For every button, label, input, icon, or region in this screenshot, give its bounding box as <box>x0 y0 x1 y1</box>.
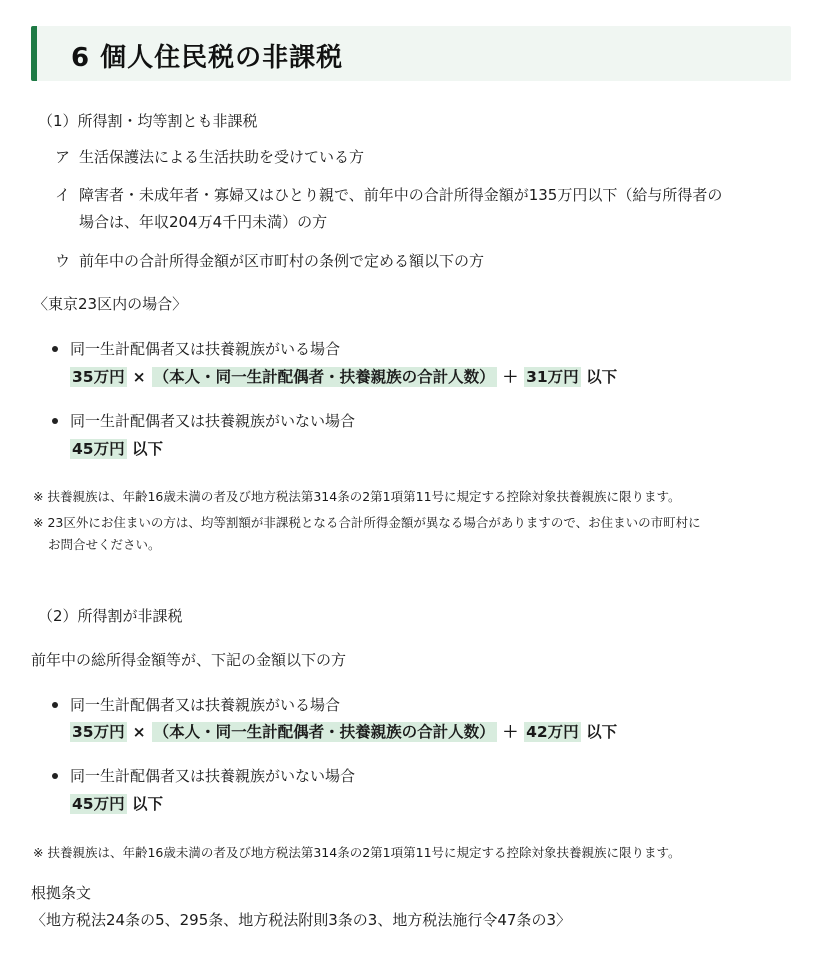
formula: 45万円 以下 <box>70 437 163 461</box>
item-text: 生活保護法による生活扶助を受けている方 <box>79 148 364 166</box>
note: ※ 扶養親族は、年齢16歳未満の者及び地方税法第314条の2第1項第11号に規定… <box>33 487 681 507</box>
plus-sign: ＋ <box>503 723 519 741</box>
note: ※ 扶養親族は、年齢16歳未満の者及び地方税法第314条の2第1項第11号に規定… <box>33 843 681 863</box>
legal-basis-title: 根拠条文 <box>31 883 91 903</box>
list-item: イ障害者・未成年者・寡婦又はひとり親で、前年中の合計所得金額が135万円以下（給… <box>55 185 722 205</box>
list-item: ウ前年中の合計所得金額が区市町村の条例で定める額以下の方 <box>55 251 484 271</box>
note-continued: お問合せください。 <box>48 535 161 555</box>
formula-suffix: 以下 <box>586 723 617 741</box>
item-marker: イ <box>55 185 79 205</box>
case-label: 同一生計配偶者又は扶養親族がいない場合 <box>70 411 355 431</box>
bullet-icon <box>52 346 58 352</box>
bullet-icon <box>52 418 58 424</box>
bullet-icon <box>52 702 58 708</box>
case-label: 同一生計配偶者又は扶養親族がいる場合 <box>70 339 340 359</box>
formula: 35万円×（本人・同一生計配偶者・扶養親族の合計人数）＋42万円 以下 <box>70 720 617 744</box>
formula: 35万円×（本人・同一生計配偶者・扶養親族の合計人数）＋31万円 以下 <box>70 365 617 389</box>
legal-basis-text: 〈地方税法24条の5、295条、地方税法附則3条の3、地方税法施行令47条の3〉 <box>31 910 571 930</box>
item-marker: ウ <box>55 251 79 271</box>
formula-base: 35万円 <box>70 722 127 742</box>
plus-sign: ＋ <box>503 368 519 386</box>
section-heading: 6 個人住民税の非課税 <box>31 26 791 81</box>
formula-multiplier: （本人・同一生計配偶者・扶養親族の合計人数） <box>152 722 497 742</box>
formula-suffix: 以下 <box>132 795 163 813</box>
case-label: 同一生計配偶者又は扶養親族がいない場合 <box>70 766 355 786</box>
item-text: 前年中の合計所得金額が区市町村の条例で定める額以下の方 <box>79 252 484 270</box>
formula-base: 45万円 <box>70 439 127 459</box>
list-item: ア生活保護法による生活扶助を受けている方 <box>55 147 364 167</box>
formula-suffix: 以下 <box>132 440 163 458</box>
tokyo-label: 〈東京23区内の場合〉 <box>33 294 187 314</box>
section1-title: （1）所得割・均等割とも非課税 <box>38 111 258 131</box>
item-marker: ア <box>55 147 79 167</box>
formula: 45万円 以下 <box>70 792 163 816</box>
page-title: 6 個人住民税の非課税 <box>71 37 343 74</box>
formula-multiplier: （本人・同一生計配偶者・扶養親族の合計人数） <box>152 367 497 387</box>
bullet-icon <box>52 773 58 779</box>
times-sign: × <box>133 723 146 741</box>
formula-suffix: 以下 <box>586 368 617 386</box>
section2-intro: 前年中の総所得金額等が、下記の金額以下の方 <box>31 650 346 670</box>
case-label: 同一生計配偶者又は扶養親族がいる場合 <box>70 695 340 715</box>
times-sign: × <box>133 368 146 386</box>
item-text-continued: 場合は、年収204万4千円未満）の方 <box>79 212 327 232</box>
formula-base: 45万円 <box>70 794 127 814</box>
item-text: 障害者・未成年者・寡婦又はひとり親で、前年中の合計所得金額が135万円以下（給与… <box>79 186 722 204</box>
note: ※ 23区外にお住まいの方は、均等割額が非課税となる合計所得金額が異なる場合があ… <box>33 513 701 533</box>
formula-add: 31万円 <box>524 367 581 387</box>
section2-title: （2）所得割が非課税 <box>38 606 183 626</box>
formula-add: 42万円 <box>524 722 581 742</box>
formula-base: 35万円 <box>70 367 127 387</box>
